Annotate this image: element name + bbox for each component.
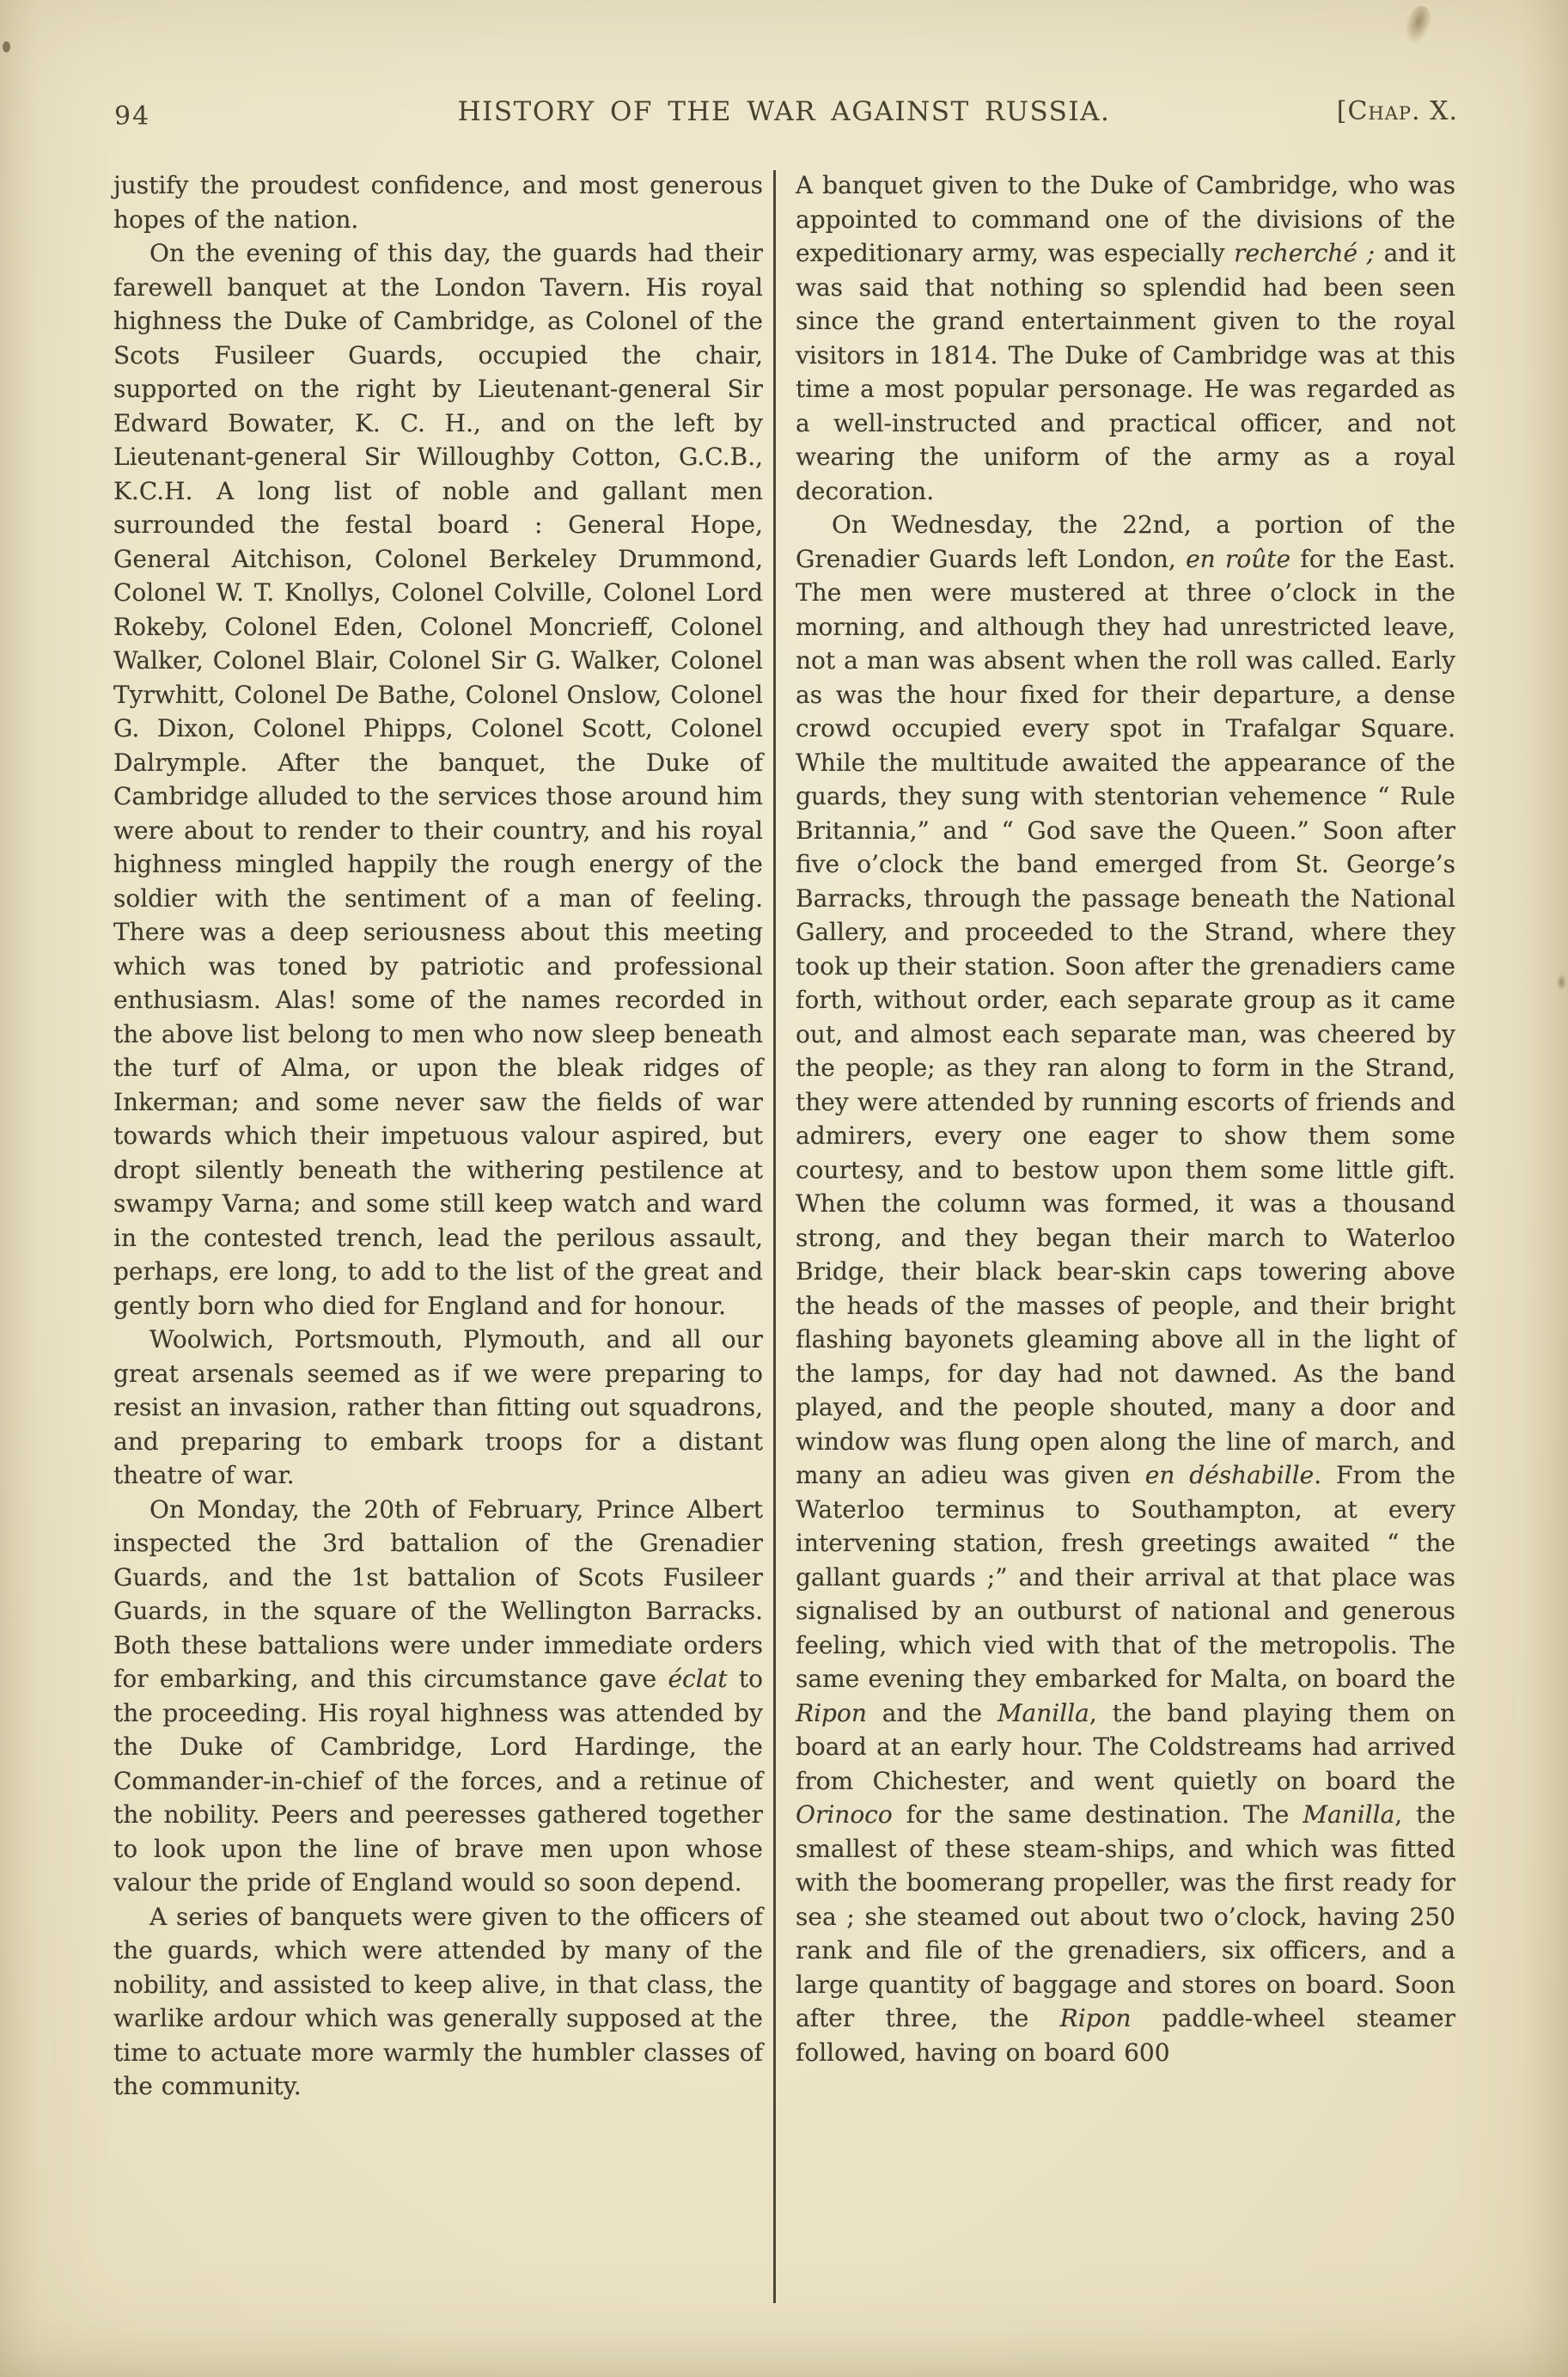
italic-text: en déshabille <box>1145 1461 1314 1489</box>
italic-text: Ripon <box>1060 2004 1132 2032</box>
paragraph: Woolwich, Portsmouth, Plymouth, and all … <box>113 1323 763 1493</box>
italic-text: recherché ; <box>1234 239 1375 267</box>
left-column: justify the proudest confidence, and mos… <box>113 168 763 2104</box>
italic-text: Manilla <box>1303 1800 1394 1829</box>
text-run: . From the Waterloo terminus to Southamp… <box>796 1461 1455 1693</box>
text-run: On Monday, the 20th of February, Prince … <box>113 1495 763 1694</box>
text-run: , the smallest of these steam-ships, and… <box>796 1800 1455 2032</box>
italic-text: Orinoco <box>796 1800 893 1829</box>
text-run: justify the proudest confidence, and mos… <box>113 171 763 234</box>
italic-text: éclat <box>668 1665 727 1693</box>
text-run: A series of banquets were given to the o… <box>113 1903 763 2101</box>
scan-smudge <box>1400 3 1436 47</box>
text-run: to the proceeding. His royal highness wa… <box>113 1665 763 1897</box>
text-run: for the same destination. The <box>893 1800 1303 1829</box>
paragraph: A series of banquets were given to the o… <box>113 1900 763 2104</box>
paragraph: On Monday, the 20th of February, Prince … <box>113 1493 763 1900</box>
column-divider <box>773 170 776 2303</box>
text-run: for the East. The men were mustered at t… <box>796 545 1455 1490</box>
right-column: A banquet given to the Duke of Cambridge… <box>796 168 1455 2069</box>
scan-speck <box>1557 975 1566 990</box>
text-run: Woolwich, Portsmouth, Plymouth, and all … <box>113 1325 763 1489</box>
text-run: and it was said that nothing so splendid… <box>796 239 1455 505</box>
text-run: On the evening of this day, the guards h… <box>113 239 763 1320</box>
paragraph: A banquet given to the Duke of Cambridge… <box>796 168 1455 508</box>
text-run: and the <box>867 1699 998 1727</box>
chapter-label: [Chap. X. <box>1337 96 1458 126</box>
paragraph: On the evening of this day, the guards h… <box>113 236 763 1323</box>
italic-text: Manilla <box>998 1699 1089 1727</box>
italic-text: en roûte <box>1186 545 1290 573</box>
running-title: HISTORY OF THE WAR AGAINST RUSSIA. <box>0 96 1568 127</box>
page-header: 94 HISTORY OF THE WAR AGAINST RUSSIA. [C… <box>0 96 1568 141</box>
scan-speck <box>3 41 10 52</box>
book-page: 94 HISTORY OF THE WAR AGAINST RUSSIA. [C… <box>0 0 1568 2377</box>
paragraph: On Wednesday, the 22nd, a portion of the… <box>796 508 1455 2069</box>
italic-text: Ripon <box>796 1699 867 1727</box>
paragraph: justify the proudest confidence, and mos… <box>113 168 763 236</box>
